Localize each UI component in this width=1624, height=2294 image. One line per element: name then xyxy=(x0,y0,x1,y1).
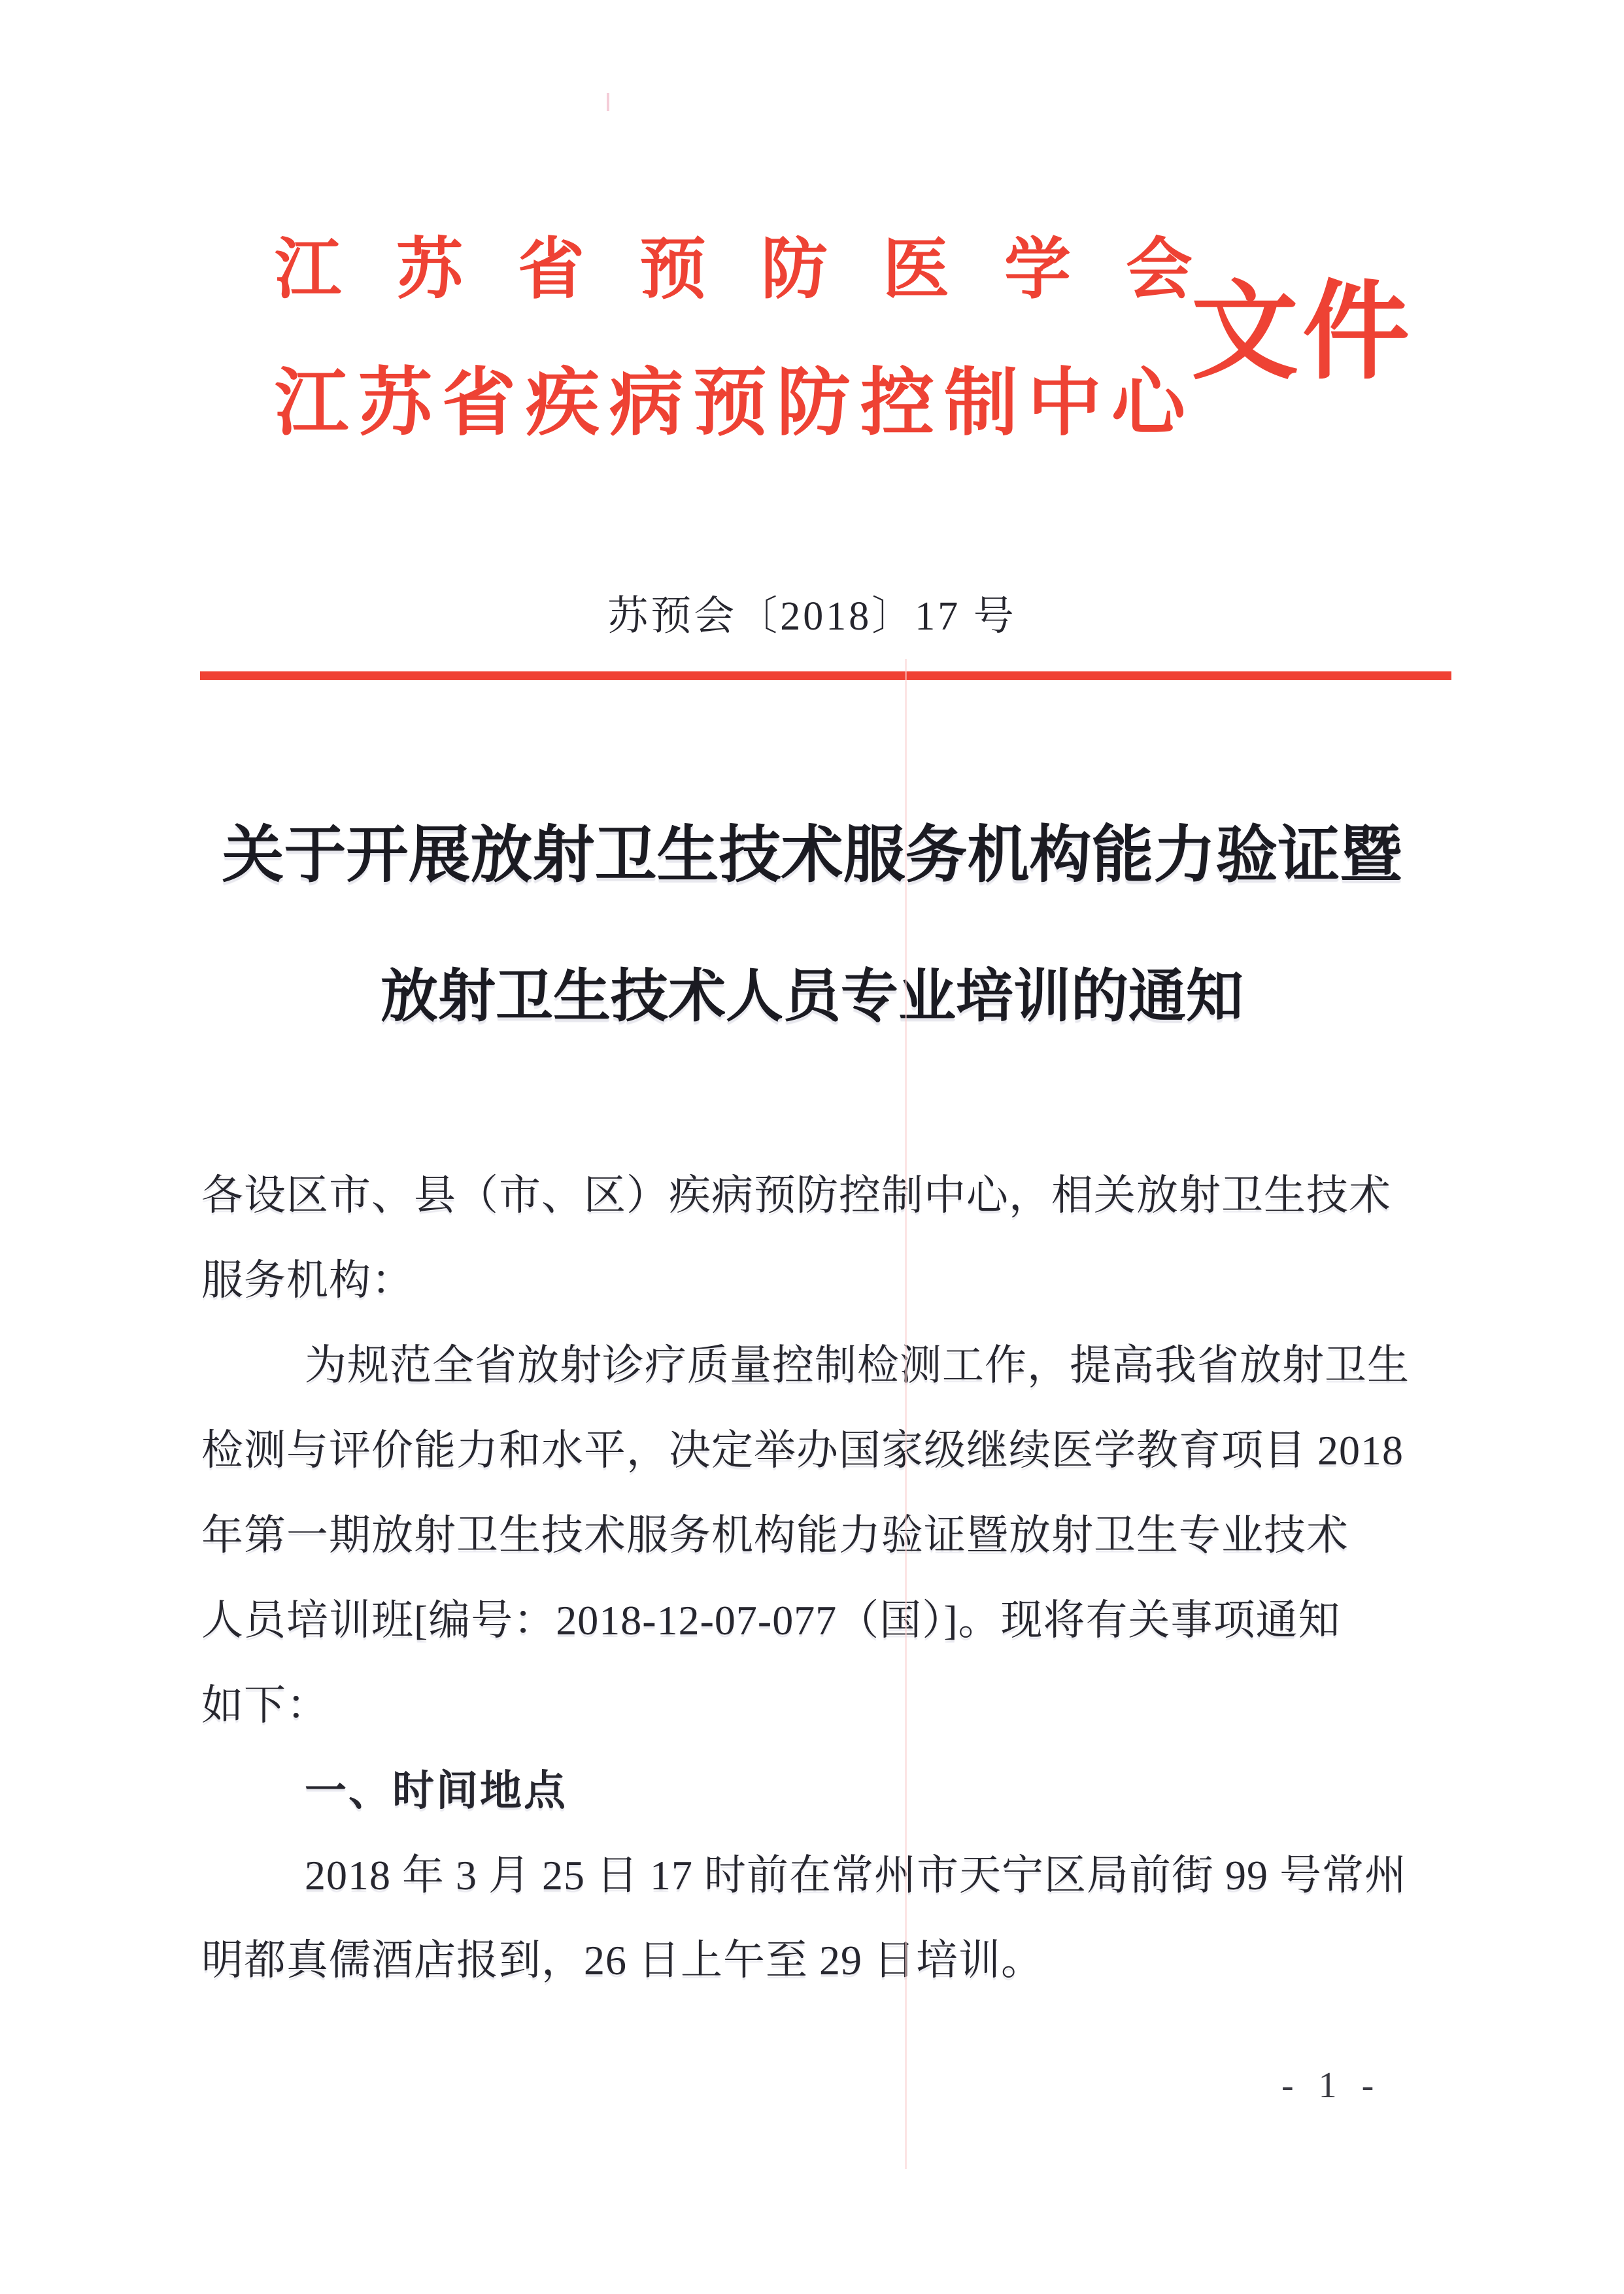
doc-body: 各设区市、县（市、区）疾病预防控制中心，相关放射卫生技术 服务机构： 为规范全省… xyxy=(201,1153,1444,2003)
body-line: 如下： xyxy=(201,1663,1444,1748)
doc-title-line2: 放射卫生技术人员专业培训的通知 xyxy=(0,951,1624,1033)
body-line: 各设区市、县（市、区）疾病预防控制中心，相关放射卫生技术 xyxy=(201,1153,1444,1238)
page-number: - 1 - xyxy=(1281,2065,1381,2106)
letterhead-doc-type-label: 文件 xyxy=(1191,275,1413,392)
body-line: 检测与评价能力和水平，决定举办国家级继续医学教育项目 2018 xyxy=(201,1408,1444,1493)
scan-artifact-mark xyxy=(607,93,609,111)
body-line: 2018 年 3 月 25 日 17 时前在常州市天宁区局前街 99 号常州 xyxy=(201,1833,1444,1918)
body-line: 人员培训班[编号：2018-12-07-077（国）]。现将有关事项通知 xyxy=(201,1578,1444,1663)
document-page: 江苏省预防医学会 文件 江苏省疾病预防控制中心 苏预会〔2018〕17 号 关于… xyxy=(0,0,1624,2294)
section-heading: 一、时间地点 xyxy=(201,1748,1444,1833)
letterhead-org-line1: 江苏省预防医学会 xyxy=(275,234,1247,307)
letterhead-org-line2: 江苏省疾病预防控制中心 xyxy=(275,363,1195,445)
body-line: 服务机构： xyxy=(201,1238,1444,1323)
scan-artifact-line xyxy=(905,659,907,2169)
body-line: 为规范全省放射诊疗质量控制检测工作，提高我省放射卫生 xyxy=(201,1323,1444,1408)
doc-title-line1: 关于开展放射卫生技术服务机构能力验证暨 xyxy=(0,805,1624,894)
red-divider-line xyxy=(200,671,1451,680)
doc-number: 苏预会〔2018〕17 号 xyxy=(0,583,1624,641)
body-line: 年第一期放射卫生技术服务机构能力验证暨放射卫生专业技术 xyxy=(201,1493,1444,1578)
body-line: 明都真儒酒店报到，26 日上午至 29 日培训。 xyxy=(201,1918,1444,2003)
